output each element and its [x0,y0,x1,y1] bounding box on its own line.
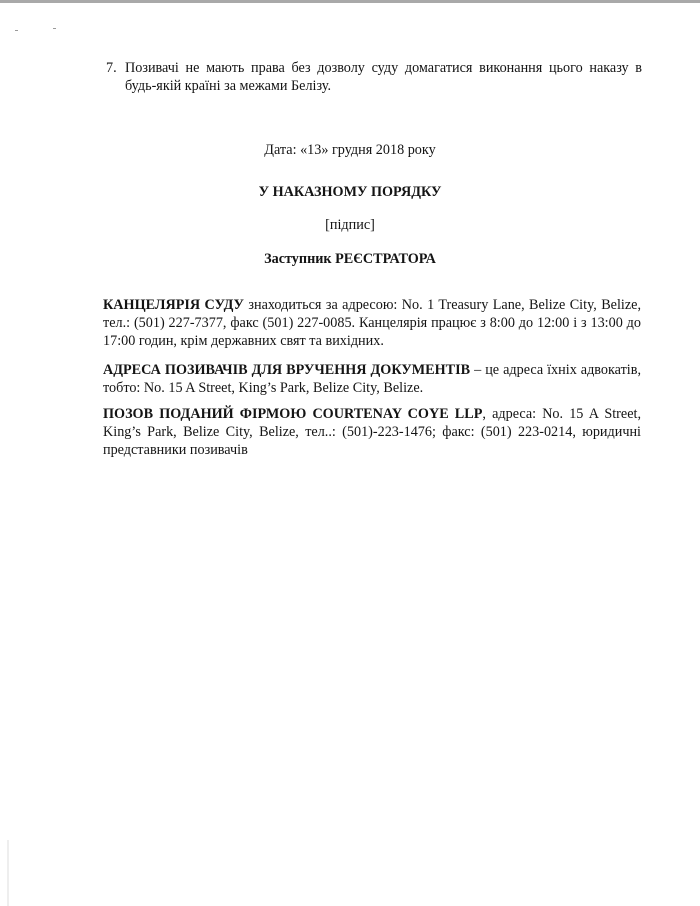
service-address-paragraph: АДРЕСА ПОЗИВАЧІВ ДЛЯ ВРУЧЕННЯ ДОКУМЕНТІВ… [103,361,641,397]
order-heading: У НАКАЗНОМУ ПОРЯДКУ [0,183,700,201]
registry-heading: КАНЦЕЛЯРІЯ СУДУ [103,297,244,313]
filed-by-paragraph: ПОЗОВ ПОДАНИЙ ФІРМОЮ COURTENAY COYE LLP,… [103,405,641,459]
registry-paragraph: КАНЦЕЛЯРІЯ СУДУ знаходиться за адресою: … [103,296,641,350]
item-number: 7. [106,59,117,77]
numbered-item-7: 7. Позивачі не мають права без дозволу с… [106,59,642,95]
document-page: 7. Позивачі не мають права без дозволу с… [0,0,700,906]
item-text: Позивачі не мають права без дозволу суду… [125,59,642,95]
signature-placeholder: [підпис] [0,216,700,234]
filed-by-heading: ПОЗОВ ПОДАНИЙ ФІРМОЮ COURTENAY COYE LLP [103,406,482,422]
date-line: Дата: «13» грудня 2018 року [0,141,700,159]
signatory-title: Заступник РЕЄСТРАТОРА [0,250,700,268]
service-address-heading: АДРЕСА ПОЗИВАЧІВ ДЛЯ ВРУЧЕННЯ ДОКУМЕНТІВ [103,362,470,378]
